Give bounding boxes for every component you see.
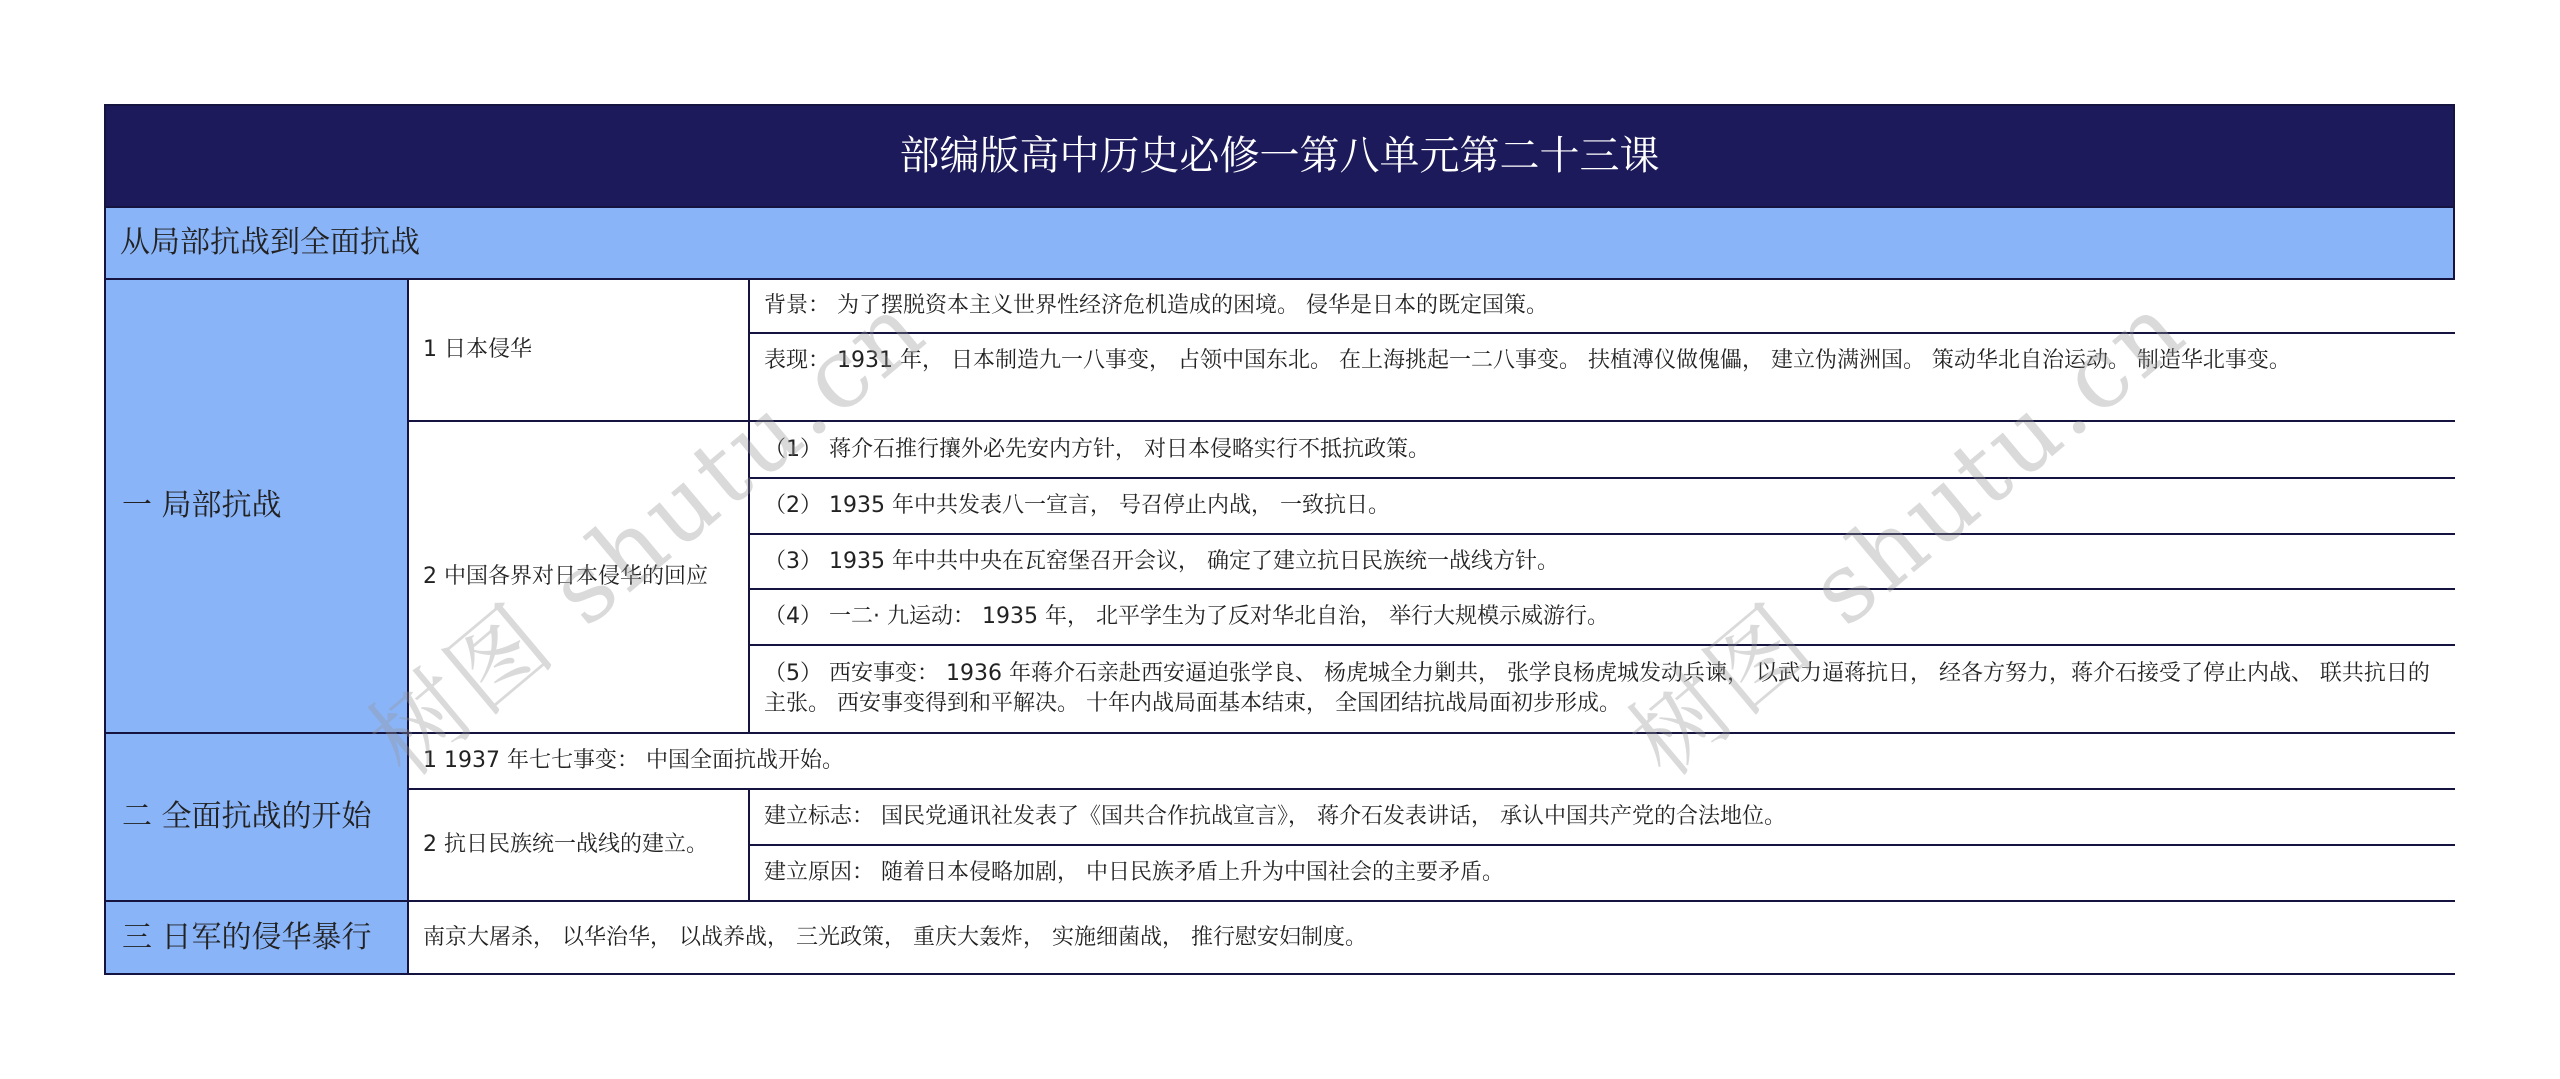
detail-manifestation: 表现： 1931 年， 日本制造九一八事变， 占领中国东北。 在上海挑起一二八事… [750,334,2455,422]
subtitle-row: 从局部抗战到全面抗战 [106,206,2453,280]
section-1-sub-2-label: 2 中国各界对日本侵华的回应 [409,422,750,734]
response-item-5: （5） 西安事变： 1936 年蒋介石亲赴西安逼迫张学良、 杨虎城全力剿共， 张… [750,646,2455,734]
united-front-sign: 建立标志： 国民党通讯社发表了《国共合作抗战宣言》， 蒋介石发表讲话， 承认中国… [750,790,2455,846]
section-3-content: 南京大屠杀， 以华治华， 以战养战， 三光政策， 重庆大轰炸， 实施细菌战， 推… [409,902,2455,973]
section-2-sub-1: 1 1937 年七七事变： 中国全面抗战开始。 [409,734,2455,790]
response-item-4: （4） 一二· 九运动： 1935 年， 北平学生为了反对华北自治， 举行大规模… [750,590,2455,646]
response-item-2: （2） 1935 年中共发表八一宣言， 号召停止内战， 一致抗日。 [750,479,2455,535]
united-front-reason: 建立原因： 随着日本侵略加剧， 中日民族矛盾上升为中国社会的主要矛盾。 [750,846,2455,902]
page-title: 部编版高中历史必修一第八单元第二十三课 [106,106,2453,206]
response-item-3: （3） 1935 年中共中央在瓦窑堡召开会议， 确定了建立抗日民族统一战线方针。 [750,535,2455,590]
section-2-sub-2-label: 2 抗日民族统一战线的建立。 [409,790,750,902]
section-1-sub-1-label: 1 日本侵华 [409,280,750,422]
outline-table: 部编版高中历史必修一第八单元第二十三课 从局部抗战到全面抗战 一 局部抗战 1 … [104,104,2455,975]
section-2-label: 二 全面抗战的开始 [106,734,409,902]
section-3-label: 三 日军的侵华暴行 [106,902,409,973]
detail-background: 背景： 为了摆脱资本主义世界性经济危机造成的困境。 侵华是日本的既定国策。 [750,280,2455,334]
section-1-label: 一 局部抗战 [106,280,409,734]
response-item-1: （1） 蒋介石推行攘外必先安内方针， 对日本侵略实行不抵抗政策。 [750,422,2455,479]
